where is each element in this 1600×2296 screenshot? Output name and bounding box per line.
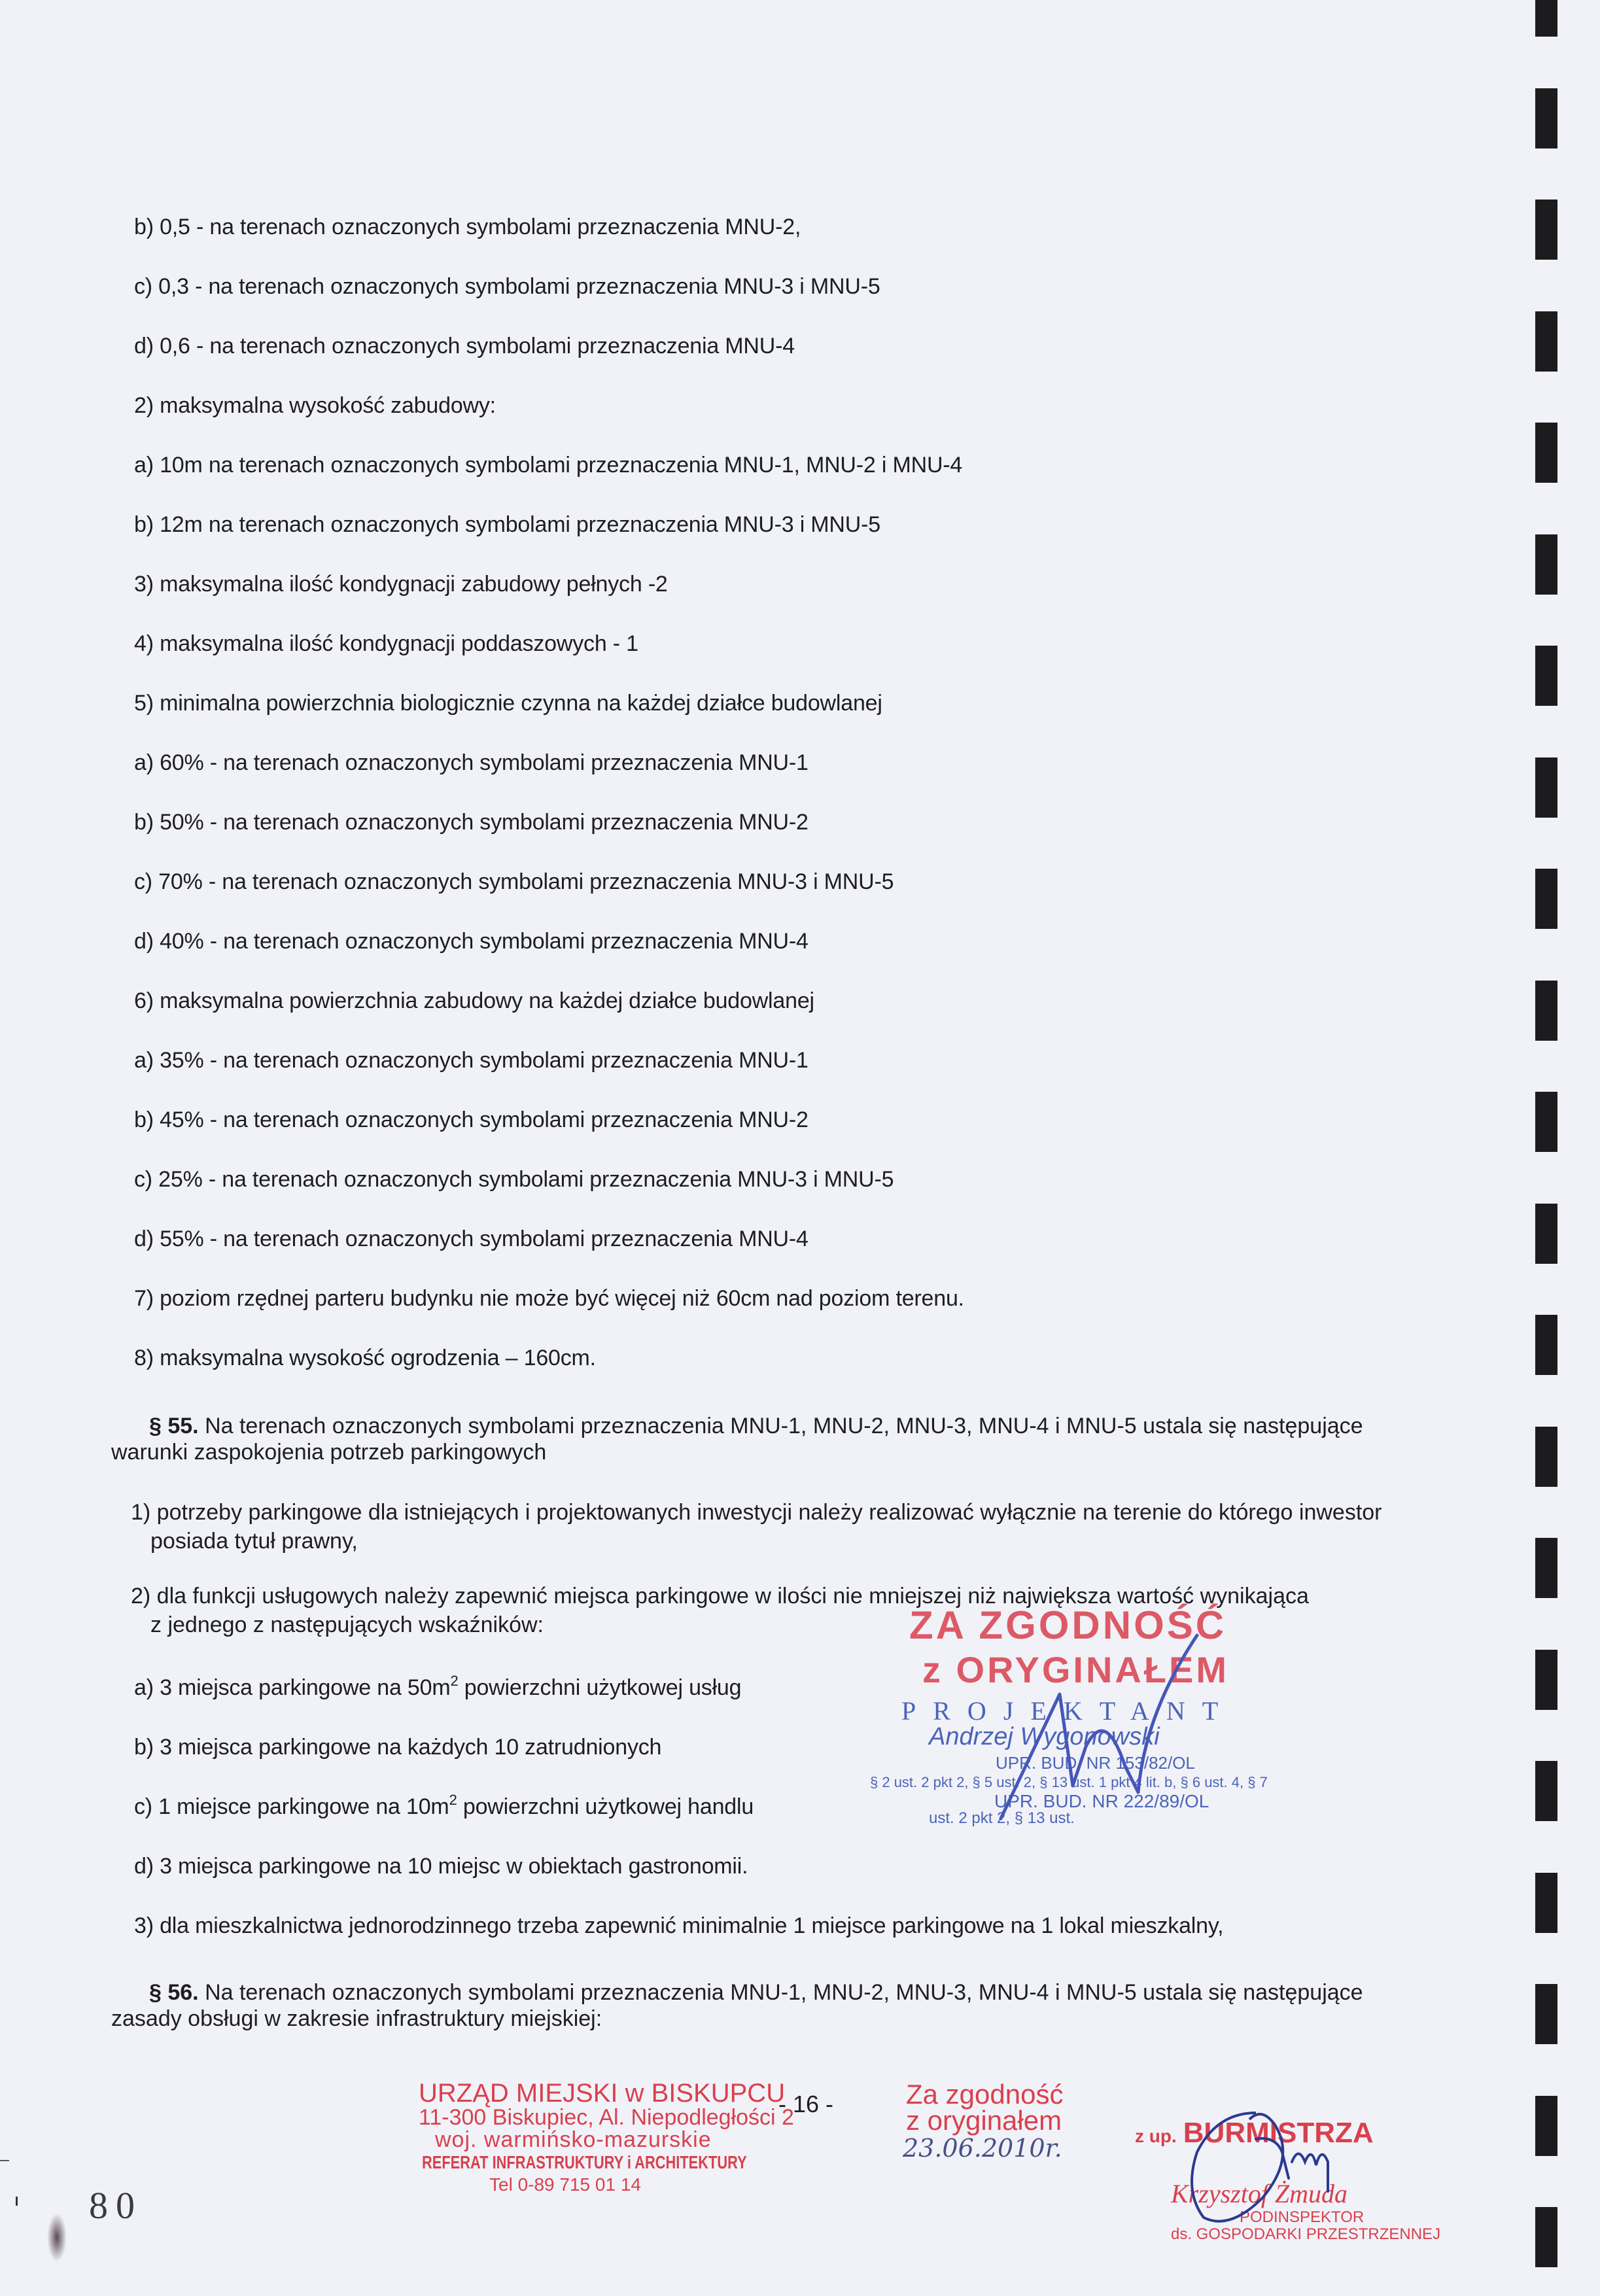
stamp-office-name: URZĄD MIEJSKI w BISKUPCU	[419, 2079, 785, 2108]
binding-mark	[1535, 1984, 1557, 2044]
section-56-text-line1: Na terenach oznaczonych symbolami przezn…	[205, 1980, 1363, 2005]
regulation-line-b-50: b) 50% - na terenach oznaczonych symbola…	[134, 809, 809, 835]
regulation-line-b-12m: b) 12m na terenach oznaczonych symbolami…	[134, 512, 880, 538]
regulation-line-b-45: b) 45% - na terenach oznaczonych symbola…	[134, 1107, 809, 1133]
regulation-line-c-70: c) 70% - na terenach oznaczonych symbola…	[134, 869, 894, 895]
regulation-line-p6: 6) maksymalna powierzchnia zabudowy na k…	[134, 988, 814, 1014]
binding-mark	[1535, 1204, 1557, 1264]
indicator-c: c) 1 miejsce parkingowe na 10m2 powierzc…	[134, 1794, 754, 1820]
binding-mark	[1535, 1650, 1557, 1710]
edge-tick	[16, 2197, 18, 2206]
binding-mark	[1535, 311, 1557, 372]
section-55-text-line1: Na terenach oznaczonych symbolami przezn…	[205, 1414, 1363, 1438]
page-number: - 16 -	[778, 2091, 833, 2118]
stamp-office-department: REFERAT INFRASTRUKTURY i ARCHITEKTURY	[422, 2152, 747, 2173]
binding-mark	[1535, 1873, 1557, 1933]
regulation-line-d-40: d) 40% - na terenach oznaczonych symbola…	[134, 928, 809, 954]
binding-mark	[1535, 1315, 1557, 1375]
regulation-line-p3: 3) maksymalna ilość kondygnacji zabudowy…	[134, 571, 668, 597]
designer-signature-icon	[981, 1616, 1204, 1825]
binding-mark	[1535, 1092, 1557, 1152]
binding-mark	[1535, 757, 1557, 818]
regulation-line-p2: 2) maksymalna wysokość zabudowy:	[134, 392, 496, 419]
binding-mark	[1535, 200, 1557, 260]
regulation-line-p4: 4) maksymalna ilość kondygnacji poddaszo…	[134, 631, 638, 657]
regulation-line-p5: 5) minimalna powierzchnia biologicznie c…	[134, 690, 882, 716]
item-1-line2: posiada tytuł prawny,	[131, 1527, 1485, 1556]
regulation-line-p8: 8) maksymalna wysokość ogrodzenia – 160c…	[134, 1345, 596, 1371]
sheet-number: 80	[89, 2183, 143, 2227]
regulation-line-a-35: a) 35% - na terenach oznaczonych symbola…	[134, 1047, 809, 1073]
indicator-d: d) 3 miejsca parkingowe na 10 miejsc w o…	[134, 1853, 748, 1879]
binding-mark	[1535, 0, 1557, 37]
regulation-line-c-03: c) 0,3 - na terenach oznaczonych symbola…	[134, 273, 880, 300]
section-55-number: § 55.	[149, 1414, 199, 1438]
binding-mark	[1535, 1538, 1557, 1598]
section-55-paragraph: § 55. Na terenach oznaczonych symbolami …	[111, 1413, 1485, 1465]
binding-mark	[1535, 534, 1557, 595]
section-56-paragraph: § 56. Na terenach oznaczonych symbolami …	[111, 1979, 1485, 2032]
stamp-z-oryginalem-small: z oryginałem	[906, 2105, 1062, 2136]
binding-mark	[1535, 1761, 1557, 1821]
handwritten-date: 23.06.2010r.	[903, 2134, 1062, 2163]
binding-mark	[1535, 646, 1557, 706]
stamp-office-voivodeship: woj. warmińsko-mazurskie	[435, 2127, 712, 2153]
binding-mark	[1535, 423, 1557, 483]
regulation-line-d-55: d) 55% - na terenach oznaczonych symbola…	[134, 1226, 809, 1252]
ink-smudge	[47, 2213, 67, 2262]
section-56-number: § 56.	[149, 1980, 199, 2005]
binding-mark	[1535, 1427, 1557, 1487]
regulation-line-d-06: d) 0,6 - na terenach oznaczonych symbola…	[134, 333, 795, 359]
indicator-b: b) 3 miejsca parkingowe na każdych 10 za…	[134, 1734, 661, 1760]
section-55-item-2: 1) potrzeby parkingowe dla istniejących …	[131, 1582, 1485, 1639]
item-2-line2: z jednego z następujących wskaźników:	[131, 1610, 1485, 1639]
edge-dash	[0, 2160, 9, 2161]
section-56-text-line2: zasady obsługi w zakresie infrastruktury…	[111, 2006, 1485, 2032]
regulation-line-b-05: b) 0,5 - na terenach oznaczonych symbola…	[134, 214, 801, 240]
section-55-text-line2: warunki zaspokojenia potrzeb parkingowyc…	[111, 1439, 1485, 1465]
binding-mark	[1535, 88, 1557, 148]
regulation-line-c-25: c) 25% - na terenach oznaczonych symbola…	[134, 1166, 894, 1192]
stamp-office-phone: Tel 0-89 715 01 14	[489, 2174, 641, 2195]
binding-mark	[1535, 2096, 1557, 2156]
scanned-document-page: b) 0,5 - na terenach oznaczonych symbola…	[0, 0, 1600, 2296]
item-1-line1: 1) potrzeby parkingowe dla istniejących …	[131, 1500, 1382, 1525]
section-55-item-1: 1) potrzeby parkingowe dla istniejących …	[131, 1498, 1485, 1556]
regulation-line-p7: 7) poziom rzędnej parteru budynku nie mo…	[134, 1285, 964, 1312]
binding-mark	[1535, 2207, 1557, 2267]
indicator-a: a) 3 miejsca parkingowe na 50m2 powierzc…	[134, 1675, 741, 1701]
section-55-item-3: 3) dla mieszkalnictwa jednorodzinnego tr…	[134, 1913, 1223, 1939]
regulation-line-a-60: a) 60% - na terenach oznaczonych symbola…	[134, 750, 809, 776]
regulation-line-a-10m: a) 10m na terenach oznaczonych symbolami…	[134, 452, 962, 478]
binding-mark	[1535, 869, 1557, 929]
binding-mark	[1535, 981, 1557, 1041]
official-signature-icon	[1177, 2100, 1348, 2231]
